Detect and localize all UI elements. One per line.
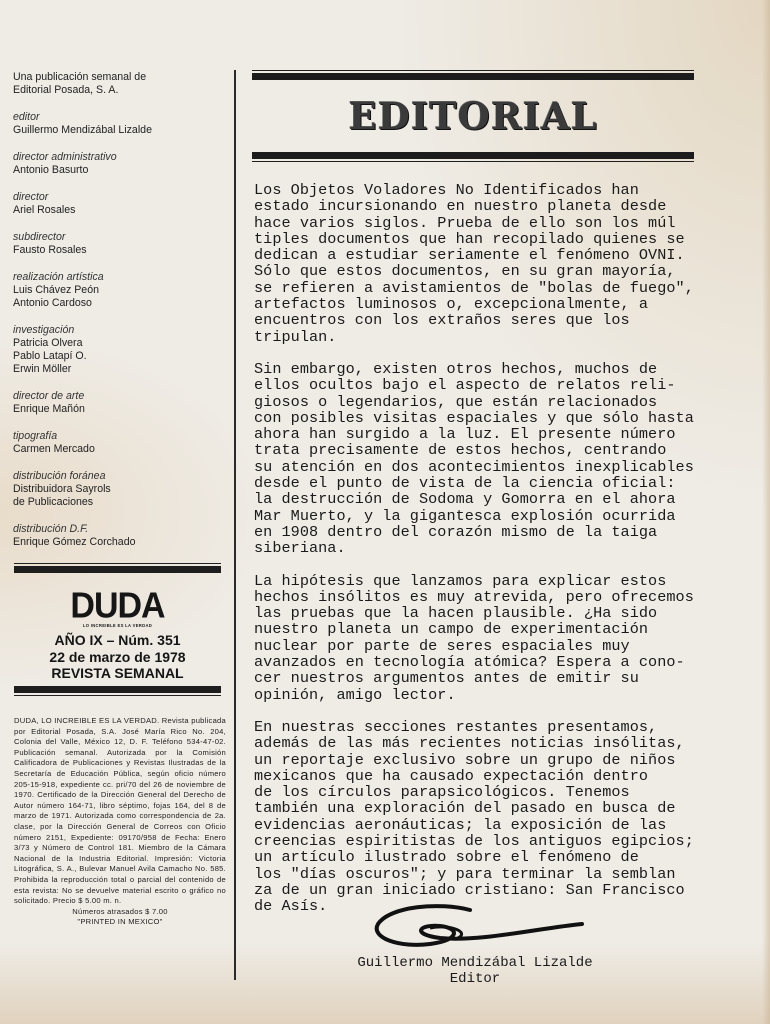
credit-entry: distribución foráneaDistribuidora Sayrol… — [13, 470, 223, 510]
issue-frequency: REVISTA SEMANAL — [14, 665, 221, 682]
credit-entry: investigaciónPatricia OlveraPablo Latapí… — [13, 324, 223, 377]
credit-person: Distribuidora Sayrols — [13, 483, 223, 496]
editorial-header: EDITORIAL — [252, 70, 694, 162]
credit-role: director administrativo — [13, 151, 223, 164]
credit-entry: subdirectorFausto Rosales — [13, 231, 223, 257]
page-edge — [762, 0, 770, 1024]
signature-block: Guillermo Mendizábal Lizalde Editor — [340, 955, 610, 987]
credit-person: de Publicaciones — [13, 496, 223, 509]
credit-person: Ariel Rosales — [13, 204, 223, 217]
column-divider — [234, 70, 236, 980]
signature-name: Guillermo Mendizábal Lizalde — [340, 955, 610, 971]
publisher-line: Una publicación semanal de Editorial Pos… — [13, 71, 223, 97]
credit-entry: distribución D.F.Enrique Gómez Corchado — [13, 523, 223, 549]
credit-person: Enrique Gómez Corchado — [13, 536, 223, 549]
credit-person: Pablo Latapí O. — [13, 350, 223, 363]
credit-entry: director administrativoAntonio Basurto — [13, 151, 223, 177]
credit-entry: realización artísticaLuis Chávez PeónAnt… — [13, 271, 223, 311]
editorial-paragraph: Sin embargo, existen otros hechos, mucho… — [254, 361, 724, 557]
legal-text: DUDA, LO INCREIBLE ES LA VERDAD. Revista… — [14, 716, 226, 905]
credit-person: Enrique Mañón — [13, 403, 223, 416]
signature-icon — [370, 898, 600, 958]
credit-role: distribución foránea — [13, 470, 223, 483]
editorial-body: Los Objetos Voladores No Identificados h… — [254, 182, 724, 930]
credit-role: distribución D.F. — [13, 523, 223, 536]
credit-entry: tipografíaCarmen Mercado — [13, 430, 223, 456]
editorial-paragraph: Los Objetos Voladores No Identificados h… — [254, 182, 724, 345]
masthead: DUDA LO INCREIBLE ES LA VERDAD AÑO IX – … — [14, 563, 221, 696]
credit-role: investigación — [13, 324, 223, 337]
staff-credits: Una publicación semanal de Editorial Pos… — [13, 71, 223, 563]
masthead-rule-top-thick — [14, 566, 221, 573]
credit-role: director — [13, 191, 223, 204]
header-rule-bottom-thick — [252, 152, 694, 159]
legal-notice: DUDA, LO INCREIBLE ES LA VERDAD. Revista… — [14, 716, 226, 928]
credit-entry: directorAriel Rosales — [13, 191, 223, 217]
credit-role: realización artística — [13, 271, 223, 284]
header-rule-bottom-thin — [252, 161, 694, 162]
credit-role: tipografía — [13, 430, 223, 443]
back-issues-price: Números atrasados $ 7.00 — [14, 907, 226, 918]
credit-entry: director de arteEnrique Mañón — [13, 390, 223, 416]
masthead-rule-bottom-thin — [14, 695, 221, 696]
editorial-paragraph: La hipótesis que lanzamos para explicar … — [254, 573, 724, 703]
credit-person: Patricia Olvera — [13, 337, 223, 350]
masthead-rule-bottom-thick — [14, 686, 221, 693]
credit-person: Carmen Mercado — [13, 443, 223, 456]
header-rule-top-thick — [252, 73, 694, 80]
credit-role: subdirector — [13, 231, 223, 244]
credit-role: editor — [13, 111, 223, 124]
credit-person: Luis Chávez Peón — [13, 284, 223, 297]
credit-role: director de arte — [13, 390, 223, 403]
editorial-paragraph: En nuestras secciones restantes presenta… — [254, 719, 724, 915]
printed-in: "PRINTED IN MEXICO" — [14, 917, 226, 928]
issue-date: 22 de marzo de 1978 — [14, 649, 221, 666]
duda-logo: DUDA — [14, 589, 221, 623]
staff-list: editorGuillermo Mendizábal Lizaldedirect… — [13, 111, 223, 549]
issue-number: AÑO IX – Núm. 351 — [14, 632, 221, 649]
credit-person: Erwin Möller — [13, 363, 223, 376]
credit-person: Antonio Cardoso — [13, 297, 223, 310]
credit-person: Guillermo Mendizábal Lizalde — [13, 124, 223, 137]
masthead-rule-top-thin — [14, 563, 221, 564]
signature-title: Editor — [340, 971, 610, 987]
credit-person: Fausto Rosales — [13, 244, 223, 257]
header-rule-top-thin — [252, 70, 694, 71]
credit-entry: editorGuillermo Mendizábal Lizalde — [13, 111, 223, 137]
credit-person: Antonio Basurto — [13, 164, 223, 177]
editorial-title: EDITORIAL — [252, 80, 694, 152]
